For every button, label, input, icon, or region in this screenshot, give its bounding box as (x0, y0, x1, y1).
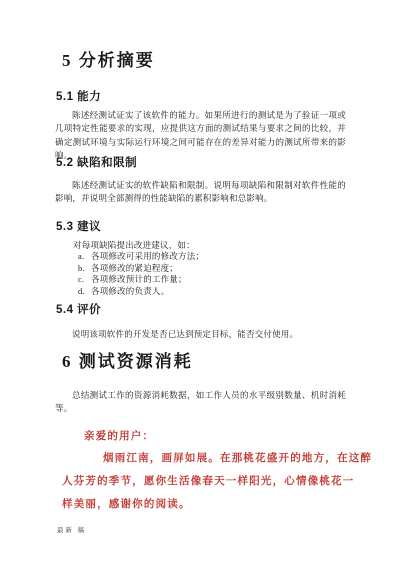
list-item: d.各项修改的负责人。 (78, 286, 204, 298)
red-note-line-2: 烟雨江南，画屏如展。在那桃花盛开的地方，在这醉 (103, 453, 372, 466)
list-item-marker: a. (78, 251, 91, 263)
heading-test-resource-consumption: 6 测试资源消耗 (62, 352, 193, 372)
heading-defects-limitations: 5.2 缺陷和限制 (56, 157, 137, 171)
red-note-line-3: 人芬芳的季节，愿你生活像春天一样阳光，心情像桃花一 (62, 476, 355, 489)
red-note-line-1: 亲爱的用户： (84, 431, 154, 444)
document-page: 5 分析摘要 5.1 能力 陈述经测试证实了该软件的能力。如果所进行的测试是为了… (0, 0, 400, 566)
list-item-text: 各项修改的紧迫程度； (91, 263, 178, 273)
red-note-line-4: 样美丽，感谢你的阅读。 (62, 499, 191, 512)
list-item-marker: b. (78, 263, 91, 275)
heading-capability: 5.1 能力 (56, 91, 101, 105)
heading-recommendations: 5.3 建议 (56, 221, 101, 235)
list-item: c.各项修改预计的工作量； (78, 274, 204, 286)
list-item: a.各项修改可采用的修改方法； (78, 251, 204, 263)
heading-evaluation: 5.4 评价 (56, 304, 101, 318)
recommendations-intro: 对每项缺陷提出改进建议，如： (73, 240, 195, 251)
paragraph-defects-limitations: 陈述经测试证实的软件缺陷和限制。说明每项缺陷和限制对软件性能的影响，并说明全部测… (55, 179, 346, 206)
list-item-text: 各项修改的负责人。 (91, 286, 169, 296)
list-item-marker: c. (78, 274, 91, 286)
list-item-text: 各项修改可采用的修改方法； (91, 251, 204, 261)
list-item: b.各项修改的紧迫程度； (78, 263, 204, 275)
list-item-marker: d. (78, 286, 91, 298)
paragraph-evaluation: 说明该项软件的开发是否已达到预定目标，能否交付使用。 (55, 328, 346, 341)
recommendations-list: a.各项修改可采用的修改方法； b.各项修改的紧迫程度； c.各项修改预计的工作… (78, 251, 204, 297)
heading-analysis-summary: 5 分析摘要 (62, 51, 155, 71)
page-footer-text: 最新 稿 (57, 525, 86, 534)
list-item-text: 各项修改预计的工作量； (91, 274, 187, 284)
paragraph-capability: 陈述经测试证实了该软件的能力。如果所进行的测试是为了验证一项或几项特定性能要求的… (55, 109, 346, 162)
paragraph-resource-consumption: 总结测试工作的资源消耗数据，如工作人员的水平级别数量、机时消耗等。 (55, 389, 346, 416)
